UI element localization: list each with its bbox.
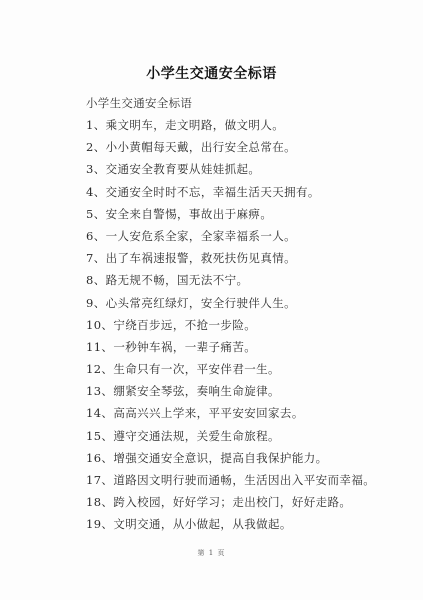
slogan-item: 7、出了车祸速报警，救死扶伤见真情。 — [86, 250, 375, 272]
slogan-item: 14、高高兴兴上学来，平平安安回家去。 — [86, 405, 375, 427]
slogan-item: 12、生命只有一次，平安伴君一生。 — [86, 361, 375, 383]
slogan-item: 8、路无规不畅，国无法不宁。 — [86, 272, 375, 294]
slogan-item: 6、一人安危系全家，全家幸福系一人。 — [86, 228, 375, 250]
slogan-item: 19、文明交通，从小做起，从我做起。 — [86, 516, 375, 538]
slogan-item: 3、交通安全教育要从娃娃抓起。 — [86, 161, 375, 183]
slogan-item: 10、宁绕百步远，不抢一步险。 — [86, 317, 375, 339]
slogan-item: 16、增强交通安全意识，提高自我保护能力。 — [86, 450, 375, 472]
slogan-list: 1、乘文明车，走文明路，做文明人。 2、小小黄帽每天戴，出行安全总常在。 3、交… — [86, 117, 375, 539]
slogan-item: 1、乘文明车，走文明路，做文明人。 — [86, 117, 375, 139]
document-page: 小学生交通安全标语 小学生交通安全标语 1、乘文明车，走文明路，做文明人。 2、… — [0, 0, 423, 600]
slogan-item: 5、安全来自警惕，事故出于麻痹。 — [86, 206, 375, 228]
slogan-item: 4、交通安全时时不忘，幸福生活天天拥有。 — [86, 184, 375, 206]
slogan-item: 15、遵守交通法规，关爱生命旅程。 — [86, 428, 375, 450]
slogan-item: 11、一秒钟车祸，一辈子痛苦。 — [86, 339, 375, 361]
page-number: 第 1 页 — [0, 548, 423, 558]
slogan-item: 2、小小黄帽每天戴，出行安全总常在。 — [86, 139, 375, 161]
document-title: 小学生交通安全标语 — [0, 63, 423, 83]
slogan-item: 9、心头常亮红绿灯，安全行驶伴人生。 — [86, 295, 375, 317]
slogan-item: 18、跨入校园，好好学习；走出校门，好好走路。 — [86, 494, 375, 516]
slogan-item: 13、绷紧安全琴弦，奏响生命旋律。 — [86, 383, 375, 405]
slogan-item: 17、道路因文明行驶而通畅，生活因出入平安而幸福。 — [86, 472, 375, 494]
document-subtitle: 小学生交通安全标语 — [86, 95, 192, 111]
